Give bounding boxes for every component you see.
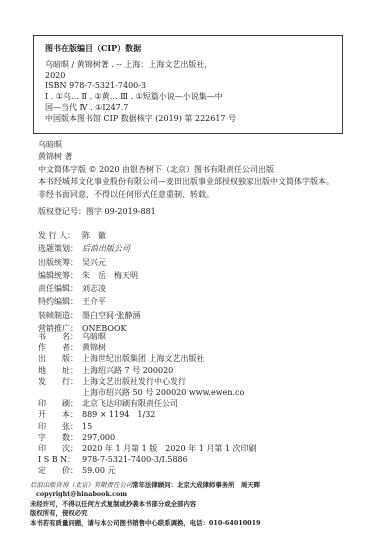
registration-line: 版权登记号：图字 09-2019-881 <box>38 206 156 217</box>
quality-hotline-line: 本书若有质量问题，请与本公司图书销售中心联系调换，电话：010-64010019 <box>30 519 348 528</box>
legal-footer: 后浪出版咨询（北京）有限责任公司常年法律顾问：北京大成律师事务所 周天晖copy… <box>30 481 348 528</box>
houlang-company-name: 后浪出版咨询（北京）有限责任公司 <box>30 481 132 489</box>
credit-row-topic-planning: 选题策划：后浪出版公司 <box>38 242 141 255</box>
registration-value: 图字 09-2019-881 <box>86 207 156 216</box>
reprint-notice-line: 非经书面同意，不得以任何形式任意重制、转载。 <box>38 189 334 201</box>
pub-row-publisher: 出 版：上海世纪出版集团 上海文艺出版社 <box>38 353 257 364</box>
author-line: 黄锦树 著 <box>38 151 334 163</box>
pub-row-address: 地 址：上海绍兴路 7 号 200020 <box>38 365 257 376</box>
pub-row-printing: 印 刷：北京飞达印刷有限责任公司 <box>38 398 257 409</box>
legal-counsel-text: 常年法律顾问：北京大成律师事务所 周天晖 <box>132 481 260 489</box>
legal-counsel-line: 后浪出版咨询（北京）有限责任公司常年法律顾问：北京大成律师事务所 周天晖copy… <box>30 481 348 500</box>
title-block: 乌暗暝 黄锦树 著 中文简体字版 © 2020 由银杏树下（北京）图书有限责任公… <box>38 139 334 201</box>
pub-row-book-name: 书 名：乌暗暝 <box>38 331 257 342</box>
all-rights-reserved-line: 版权所有，侵权必究 <box>30 509 348 518</box>
pub-row-price: 定 价：59.00 元 <box>38 465 257 476</box>
copyright-page: 图书在版编目（CIP）数据 乌暗暝 / 黄锦树著 . -- 上海：上海文艺出版社… <box>0 0 375 550</box>
cip-heading: 图书在版编目（CIP）数据 <box>45 43 332 54</box>
registration-label: 版权登记号： <box>38 207 86 216</box>
cip-line: 2020 <box>45 71 332 82</box>
pub-row-distribution: 发 行：上海文艺出版社发行中心发行 <box>38 376 257 387</box>
credit-row-publisher-person: 发 行 人：陈 徽 <box>38 229 141 242</box>
cip-line: 中国版本图书馆 CIP 数据核字 (2019) 第 222617 号 <box>45 114 332 125</box>
license-line: 本书经城邦文化事业股份有限公司—麦田出版事业部授权独家出版中文简体字版本。 <box>38 176 334 188</box>
credit-row-design: 装帧制造：墨白空间·张静涵 <box>38 309 141 322</box>
pub-row-author: 作 者：黄锦树 <box>38 342 257 353</box>
cip-line: ISBN 978-7-5321-7400-3 <box>45 81 332 92</box>
copyright-line: 中文简体字版 © 2020 由银杏树下（北京）图书有限责任公司出版 <box>38 164 334 176</box>
publication-details-list: 书 名：乌暗暝 作 者：黄锦树 出 版：上海世纪出版集团 上海文艺出版社 地 址… <box>38 331 257 477</box>
pub-row-print-run: 印 次：2020 年 1 月第 1 版 2020 年 1 月第 1 次印刷 <box>38 443 257 454</box>
copyright-email: copyright@hinabook.com <box>36 490 127 498</box>
credit-row-publishing-coordination: 出版统筹：吴兴元 <box>38 256 141 269</box>
cip-line: 国—当代 Ⅳ . ①I247.7 <box>45 103 332 114</box>
credit-row-special-editor: 特约编辑：王介平 <box>38 295 141 308</box>
pub-row-isbn: I S B N：978-7-5321-7400-3/I.5886 <box>38 454 257 465</box>
credit-row-editorial-coordination: 编辑统筹：朱 岳 梅天明 <box>38 269 141 282</box>
pub-row-format: 开 本：889 × 1194 1/32 <box>38 409 257 420</box>
cip-line: 乌暗暝 / 黄锦树著 . -- 上海：上海文艺出版社， <box>45 60 332 71</box>
pub-row-sheets: 印 张：15 <box>38 421 257 432</box>
cip-line: Ⅰ . ①乌… Ⅱ . ①黄… Ⅲ . ①短篇小说—小说集—中 <box>45 92 332 103</box>
credits-list: 发 行 人：陈 徽 选题策划：后浪出版公司 出版统筹：吴兴元 编辑统筹：朱 岳 … <box>38 229 141 335</box>
cip-data-box: 图书在版编目（CIP）数据 乌暗暝 / 黄锦树著 . -- 上海：上海文艺出版社… <box>33 35 343 134</box>
no-copy-notice-line: 未经许可，不得以任何方式复制或抄袭本书部分或全部内容 <box>30 500 348 509</box>
book-title: 乌暗暝 <box>38 139 334 151</box>
credit-row-responsible-editor: 责任编辑：刘志凌 <box>38 282 141 295</box>
pub-row-word-count: 字 数：297,000 <box>38 432 257 443</box>
pub-row-distribution-address: 上海市绍兴路 50 号 200020 www.ewen.co <box>38 387 257 398</box>
